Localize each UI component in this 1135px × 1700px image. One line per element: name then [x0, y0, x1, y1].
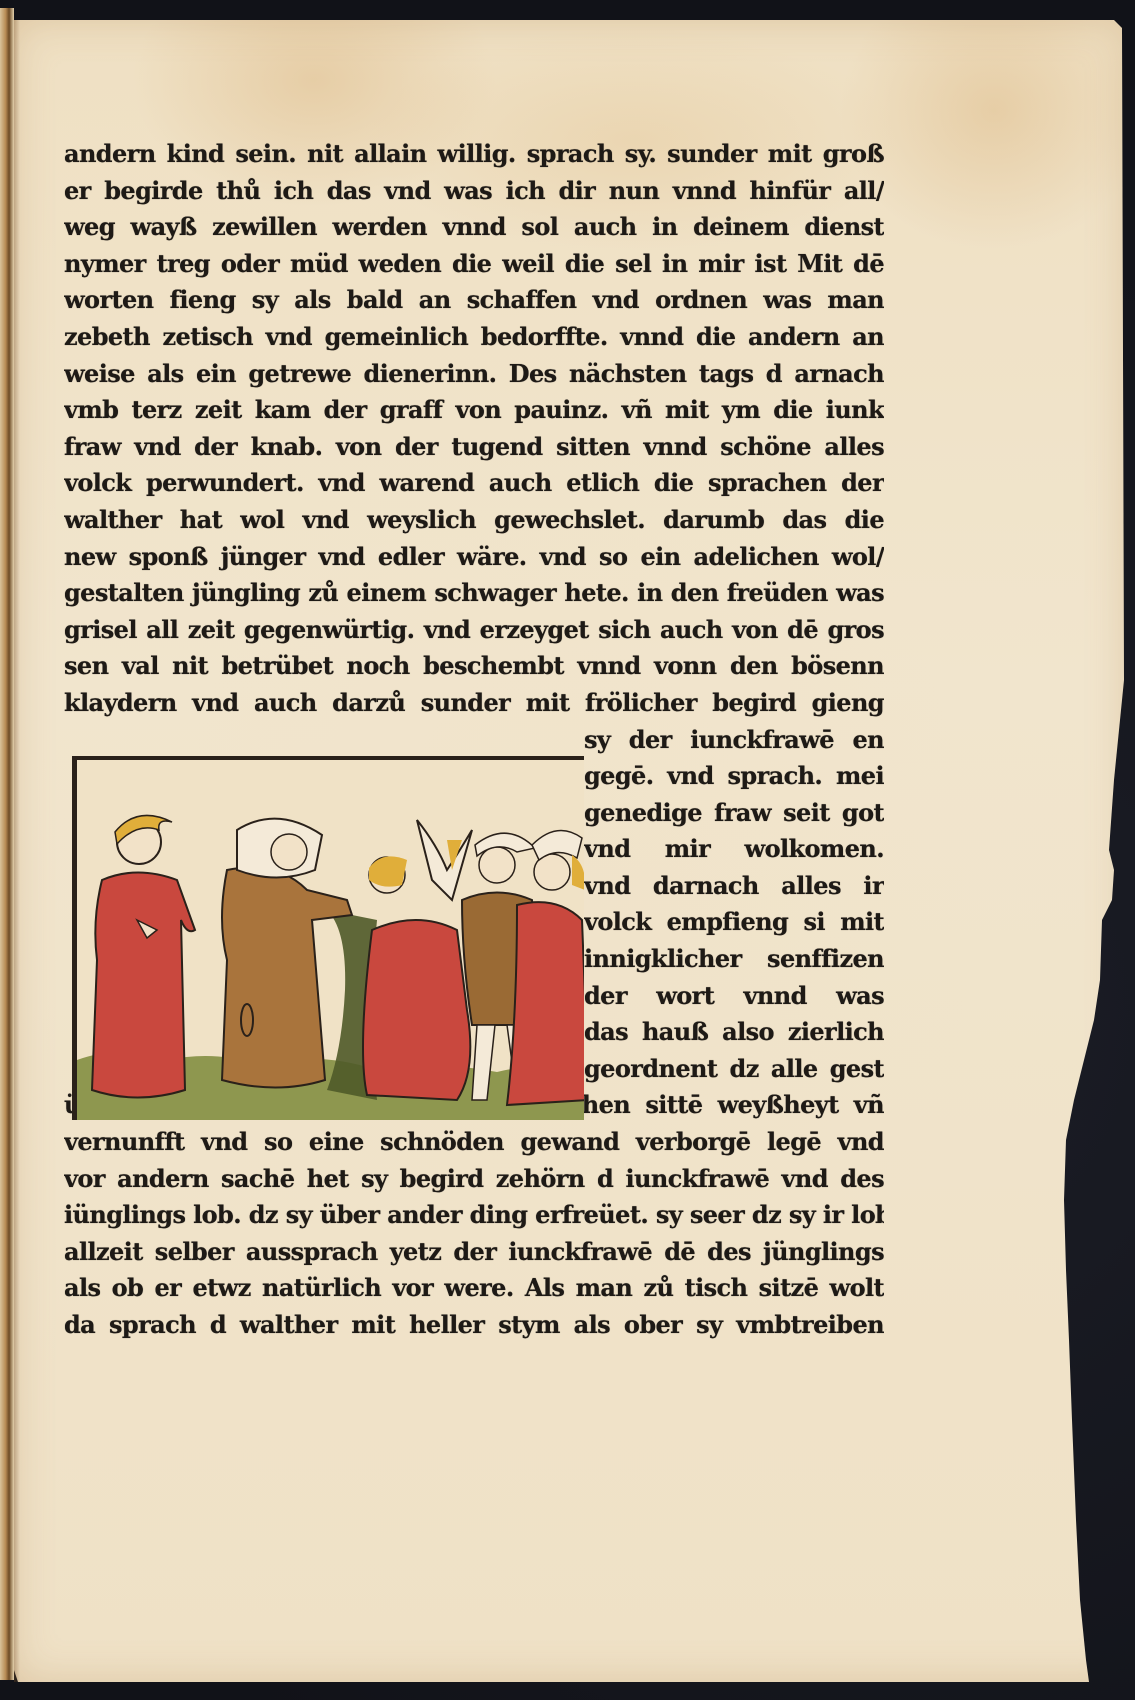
text-line: als ob er etwz natürlich vor were. Als m… [64, 1270, 884, 1307]
text-line: allzeit selber aussprach yetz der iunckf… [64, 1234, 884, 1271]
text-line: new sponß jünger vnd edler wäre. vnd so … [64, 539, 884, 576]
text-line: sen val nit betrübet noch beschembt vnnd… [64, 648, 884, 685]
text-line: fraw vnd der knab. von der tugend sitten… [64, 429, 884, 466]
text-line: grisel all zeit gegenwürtig. vnd erzeyge… [64, 612, 884, 649]
text-line: iünglings lob. dz sy über ander ding erf… [64, 1197, 884, 1234]
text-line: walther hat wol vnd weyslich gewechslet.… [64, 502, 884, 539]
page-gutter-shadow [14, 20, 20, 1682]
text-line-beside-illustration: vnd mir wolkomen. [584, 831, 884, 868]
text-line-beside-illustration: vnd darnach alles ir [584, 868, 884, 905]
text-line: andern kind sein. nit allain willig. spr… [64, 136, 884, 173]
text-line: weise als ein getrewe dienerinn. Des näc… [64, 356, 884, 393]
text-line-beside-illustration: volck empfieng si mit [584, 904, 884, 941]
text-line: klaydern vnd auch darzů sunder mit fröli… [64, 685, 884, 722]
figure-man-left [92, 815, 195, 1097]
text-line-beside-illustration: sy der iunckfrawē en [584, 722, 884, 759]
text-line-beside-illustration: gegē. vnd sprach. mei [584, 758, 884, 795]
text-line: zebeth zetisch vnd gemeinlich bedorffte.… [64, 319, 884, 356]
printed-text-block: andern kind sein. nit allain willig. spr… [64, 136, 884, 1344]
figure-woman-brown [222, 819, 352, 1088]
text-line: gestalten jüngling zů einem schwager het… [64, 575, 884, 612]
text-line-beside-illustration: genedige fraw seit got [584, 795, 884, 832]
woodcut-illustration [72, 756, 584, 1120]
figure-kneeling-woman [363, 820, 472, 1100]
text-line: worten fieng sy als bald an schaffen vnd… [64, 282, 884, 319]
figure-woman-right [507, 830, 584, 1105]
text-line-beside-illustration: der wort vnnd was [584, 978, 884, 1015]
text-line: vor andern sachē het sy begird zehörn d … [64, 1161, 884, 1198]
woodcut-scene-graphic [77, 760, 584, 1120]
text-line: nymer treg oder müd weden die weil die s… [64, 246, 884, 283]
text-line: vernunfft vnd so eine schnöden gewand ve… [64, 1124, 884, 1161]
text-line-beside-illustration: innigklicher senffizen [584, 941, 884, 978]
text-line-beside-illustration: das hauß also zierlich [584, 1014, 884, 1051]
text-line: er begirde thů ich das vnd was ich dir n… [64, 173, 884, 210]
text-line: volck perwundert. vnd warend auch etlich… [64, 465, 884, 502]
text-line: da sprach d walther mit heller stym als … [64, 1307, 884, 1344]
book-binding-edge [0, 8, 14, 1680]
text-line: weg wayß zewillen werden vnnd sol auch i… [64, 209, 884, 246]
text-line: vmb terz zeit kam der graff von pauinz. … [64, 392, 884, 429]
text-line-beside-illustration: geordnent dz alle gest [584, 1051, 884, 1088]
